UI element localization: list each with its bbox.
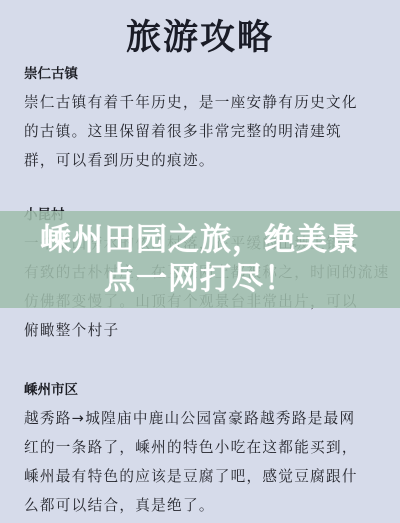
section-body: 越秀路→城隍庙中鹿山公园富豪路越秀路是最网 红的一条路了，嵊州的特色小吃在这都能… xyxy=(24,404,376,520)
body-line: 崇仁古镇有着千年历史，是一座安静有历史文化 xyxy=(24,88,376,117)
body-line: 越秀路→城隍庙中鹿山公园富豪路越秀路是最网 xyxy=(24,404,376,433)
body-line: 群，可以看到历史的痕迹。 xyxy=(24,146,376,175)
section-chongren-ancient-town: 崇仁古镇 崇仁古镇有着千年历史，是一座安静有历史文化 的古镇。这里保留着很多非常… xyxy=(24,64,376,175)
section-shengzhou-downtown: 嵊州市区 越秀路→城隍庙中鹿山公园富豪路越秀路是最网 红的一条路了，嵊州的特色小… xyxy=(24,380,376,520)
body-line: 的古镇。这里保留着很多非常完整的明清建筑 xyxy=(24,117,376,146)
section-heading: 崇仁古镇 xyxy=(24,64,376,84)
banner-line: 嵊州田园之旅，绝美景 xyxy=(0,221,400,260)
page-title: 旅游攻略 xyxy=(0,14,400,62)
travel-guide-page: 旅游攻略 崇仁古镇 崇仁古镇有着千年历史，是一座安静有历史文化 的古镇。这里保留… xyxy=(0,0,400,523)
body-line: 红的一条路了，嵊州的特色小吃在这都能买到， xyxy=(24,433,376,462)
body-line: 嵊州最有特色的应该是豆腐了吧，感觉豆腐跟什 xyxy=(24,462,376,491)
body-line: 么都可以结合，真是绝了。 xyxy=(24,491,376,520)
headline-banner-text: 嵊州田园之旅，绝美景 点一网打尽！ xyxy=(0,221,400,299)
section-body: 崇仁古镇有着千年历史，是一座安静有历史文化 的古镇。这里保留着很多非常完整的明清… xyxy=(24,88,376,175)
body-line: 俯瞰整个村子 xyxy=(24,316,376,345)
section-heading: 嵊州市区 xyxy=(24,380,376,400)
banner-line: 点一网打尽！ xyxy=(0,260,400,299)
